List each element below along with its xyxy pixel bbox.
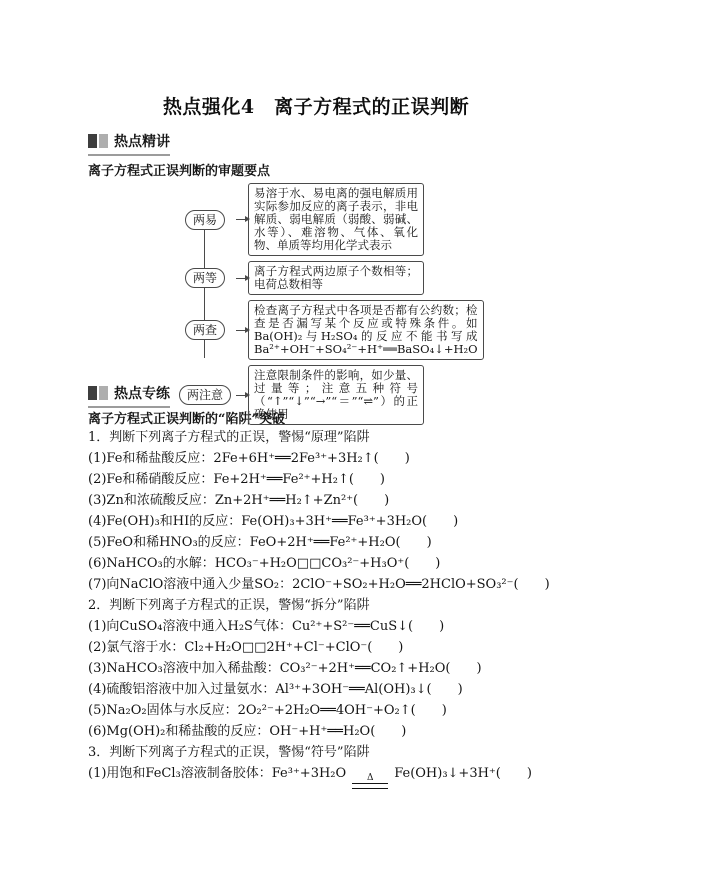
- diagram-label: 两等: [185, 268, 225, 288]
- page-title: 热点强化4 离子方程式的正误判断: [0, 92, 632, 119]
- question-item: (5)FeO和稀HNO₃的反应：FeO+2H⁺══Fe²⁺+H₂O( ): [88, 536, 648, 549]
- practice-question-list: 1．判断下列离子方程式的正误，警惕“原理”陷阱 (1)Fe和稀盐酸反应：2Fe+…: [88, 431, 648, 797]
- section-header-practice: 热点专练: [88, 383, 170, 408]
- question-item: (3)NaHCO₃溶液中加入稀盐酸：CO₃²⁻+2H⁺══CO₂↑+H₂O( ): [88, 662, 648, 675]
- equation-suffix: Fe(OH)₃↓+3H⁺( ): [394, 766, 532, 781]
- question-item: (3)Zn和浓硫酸反应：Zn+2H⁺══H₂↑+Zn²⁺( ): [88, 494, 648, 507]
- question-item: (2)氯气溶于水：Cl₂+H₂O□□2H⁺+Cl⁻+ClO⁻( ): [88, 641, 648, 654]
- document-page: 热点强化4 离子方程式的正误判断 热点精讲 离子方程式正误判断的审题要点 两易 …: [0, 0, 701, 877]
- question-item: (4)Fe(OH)₃和HI的反应：Fe(OH)₃+3H⁺══Fe³⁺+3H₂O(…: [88, 515, 648, 528]
- question-item: (4)硫酸铝溶液中加入过量氨水：Al³⁺+3OH⁻══Al(OH)₃↓( ): [88, 683, 648, 696]
- diagram-label: 两易: [185, 210, 225, 230]
- delta-equals-symbol: Δ: [352, 774, 388, 789]
- question-item: (6)Mg(OH)₂和稀盐酸的反应：OH⁻+H⁺══H₂O( ): [88, 725, 648, 738]
- question-stem: 1．判断下列离子方程式的正误，警惕“原理”陷阱: [88, 431, 648, 444]
- section-title-practice: 热点专练: [114, 383, 170, 403]
- diagram-box: 离子方程式两边原子个数相等；电荷总数相等: [248, 261, 424, 295]
- diagram-box: 检查离子方程式中各项是否都有公约数；检查是否漏写某个反应或特殊条件。如Ba(OH…: [248, 300, 484, 360]
- arrow-icon: [236, 395, 248, 396]
- section-title-lecture: 热点精讲: [114, 131, 170, 151]
- question-item: (7)向NaClO溶液中通入少量SO₂：2ClO⁻+SO₂+H₂O══2HClO…: [88, 578, 648, 591]
- question-item: (1)用饱和FeCl₃溶液制备胶体：Fe³⁺+3H₂OΔFe(OH)₃↓+3H⁺…: [88, 767, 648, 789]
- exam-keypoints-diagram: 两易 易溶于水、易电离的强电解质用实际参加反应的离子表示，非电解质、弱电解质（弱…: [174, 183, 424, 430]
- arrow-icon: [236, 330, 248, 331]
- arrow-icon: [236, 278, 248, 279]
- question-item: (1)Fe和稀盐酸反应：2Fe+6H⁺══2Fe³⁺+3H₂↑( ): [88, 452, 648, 465]
- diagram-label: 两注意: [179, 385, 231, 405]
- diagram-box: 易溶于水、易电离的强电解质用实际参加反应的离子表示，非电解质、弱电解质（弱酸、弱…: [248, 183, 424, 256]
- question-stem: 3．判断下列离子方程式的正误，警惕“符号”陷阱: [88, 746, 648, 759]
- diagram-row: 两易 易溶于水、易电离的强电解质用实际参加反应的离子表示，非电解质、弱电解质（弱…: [174, 183, 424, 256]
- diagram-row: 两查 检查离子方程式中各项是否都有公约数；检查是否漏写某个反应或特殊条件。如Ba…: [174, 300, 424, 360]
- section-marker-dark-icon: [88, 134, 97, 148]
- diagram-box: 注意限制条件的影响，如少量、过量等；注意五种符号（“↑”“↓”“→”“＝”“⇌”…: [248, 365, 424, 425]
- question-item: (2)Fe和稀硝酸反应：Fe+2H⁺══Fe²⁺+H₂↑( ): [88, 473, 648, 486]
- section-marker-light-icon: [99, 386, 108, 400]
- arrow-icon: [236, 219, 248, 220]
- question-item: (6)NaHCO₃的水解：HCO₃⁻+H₂O□□CO₃²⁻+H₃O⁺( ): [88, 557, 648, 570]
- lecture-subtitle: 离子方程式正误判断的审题要点: [88, 160, 270, 179]
- double-line-icon: [352, 783, 388, 789]
- section-marker-light-icon: [99, 134, 108, 148]
- section-header-lecture: 热点精讲: [88, 131, 170, 156]
- question-item: (1)向CuSO₄溶液中通入H₂S气体：Cu²⁺+S²⁻══CuS↓( ): [88, 620, 648, 633]
- diagram-row: 两等 离子方程式两边原子个数相等；电荷总数相等: [174, 261, 424, 295]
- section-marker-dark-icon: [88, 386, 97, 400]
- diagram-row: 两注意 注意限制条件的影响，如少量、过量等；注意五种符号（“↑”“↓”“→”“＝…: [174, 365, 424, 425]
- question-stem: 2．判断下列离子方程式的正误，警惕“拆分”陷阱: [88, 599, 648, 612]
- equation-prefix: (1)用饱和FeCl₃溶液制备胶体：Fe³⁺+3H₂O: [88, 766, 346, 781]
- question-item: (5)Na₂O₂固体与水反应：2O₂²⁻+2H₂O══4OH⁻+O₂↑( ): [88, 704, 648, 717]
- delta-icon: Δ: [367, 774, 374, 782]
- diagram-label: 两查: [185, 320, 225, 340]
